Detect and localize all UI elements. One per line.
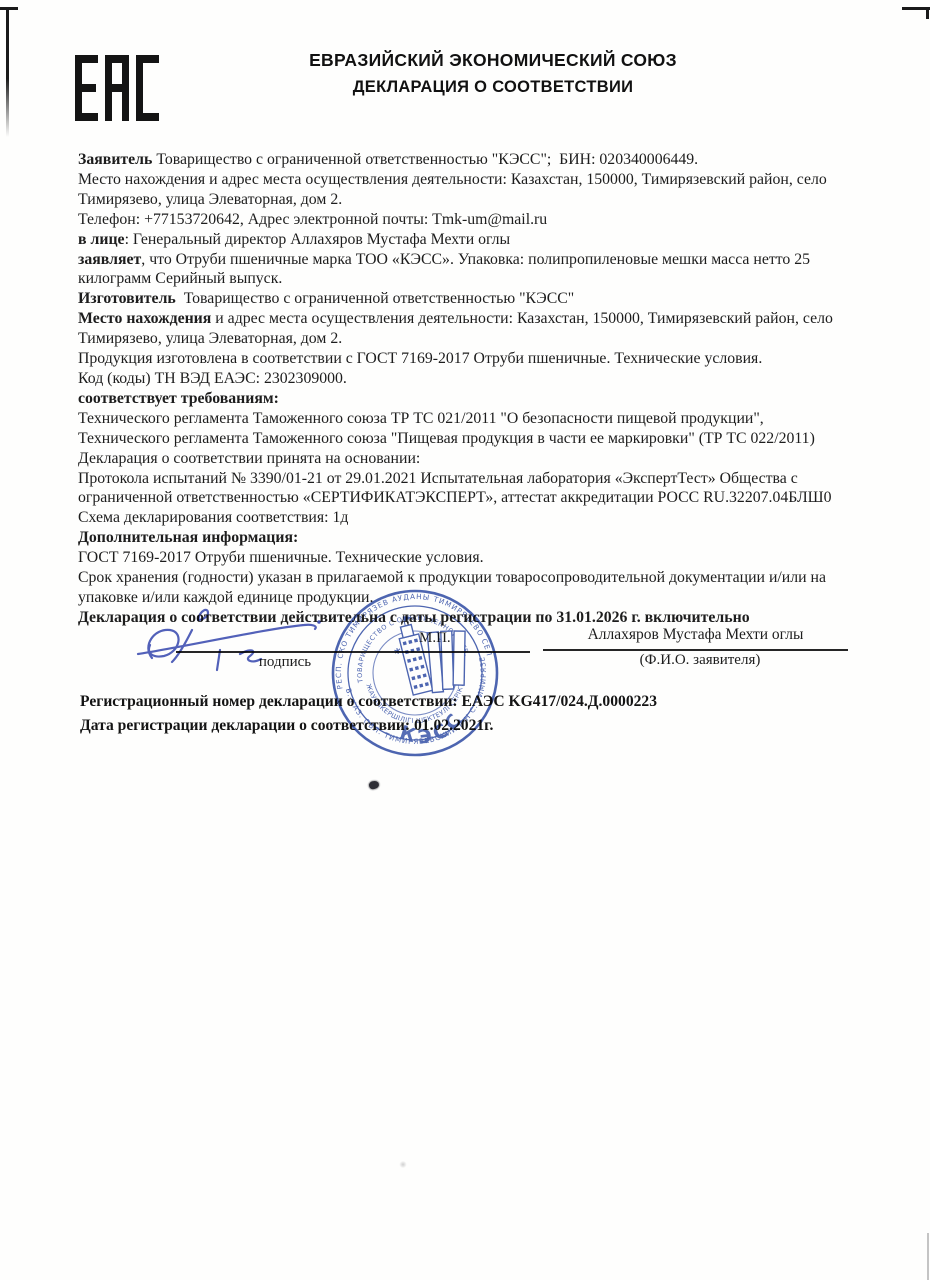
text-line: Заявитель Товарищество с ограниченной от… <box>78 150 873 170</box>
text-line: Технического регламента Таможенного союз… <box>78 429 873 449</box>
text-line: Тимирязево, улица Элеваторная, дом 2. <box>78 329 873 349</box>
text-line: ГОСТ 7169-2017 Отруби пшеничные. Техниче… <box>78 548 873 568</box>
document-title: ДЕКЛАРАЦИЯ О СООТВЕТСТВИИ <box>200 78 786 97</box>
text-line: Дополнительная информация: <box>78 528 873 548</box>
text-line: Декларация о соответствии принята на осн… <box>78 449 873 469</box>
applicant-name-caption: (Ф.И.О. заявителя) <box>560 652 840 669</box>
handwritten-signature <box>118 598 338 688</box>
text-line: Схема декларирования соответствия: 1д <box>78 508 873 528</box>
eac-logo <box>75 55 159 121</box>
text-line: Место нахождения и адрес места осуществл… <box>78 170 873 190</box>
text-line: ограниченной ответственностью «СЕРТИФИКА… <box>78 488 873 508</box>
text-line: Протокола испытаний № 3390/01-21 от 29.0… <box>78 469 873 489</box>
text-line: Телефон: +77153720642, Адрес электронной… <box>78 210 873 230</box>
text-line: заявляет, что Отруби пшеничные марка ТОО… <box>78 250 873 270</box>
document-header: ЕВРАЗИЙСКИЙ ЭКОНОМИЧЕСКИЙ СОЮЗ ДЕКЛАРАЦИ… <box>200 50 786 97</box>
scan-edge-line-bottom-right <box>927 1233 929 1280</box>
stamp-crescent-icon <box>378 661 402 688</box>
scan-edge-line-left <box>6 7 9 137</box>
applicant-name: Аллахяров Мустафа Мехти оглы <box>543 626 848 644</box>
text-line: Тимирязево, улица Элеваторная, дом 2. <box>78 190 873 210</box>
scan-smudge <box>399 1161 407 1168</box>
union-title: ЕВРАЗИЙСКИЙ ЭКОНОМИЧЕСКИЙ СОЮЗ <box>200 50 786 71</box>
scan-corner-tick-top-right <box>926 7 929 19</box>
text-line: Код (коды) ТН ВЭД ЕАЭС: 2302309000. <box>78 369 873 389</box>
text-line: килограмм Серийный выпуск. <box>78 269 873 289</box>
text-line: Технического регламента Таможенного союз… <box>78 409 873 429</box>
scan-corner-mark-top-left <box>0 7 18 10</box>
text-line: в лице: Генеральный директор Аллахяров М… <box>78 230 873 250</box>
text-line: Продукция изготовлена в соответствии с Г… <box>78 349 873 369</box>
text-line: соответствует требованиям: <box>78 389 873 409</box>
applicant-name-line <box>543 649 848 651</box>
declaration-text: Заявитель Товарищество с ограниченной от… <box>78 150 873 628</box>
scanned-declaration-page: ЕВРАЗИЙСКИЙ ЭКОНОМИЧЕСКИЙ СОЮЗ ДЕКЛАРАЦИ… <box>0 0 930 1280</box>
text-line: Изготовитель Товарищество с ограниченной… <box>78 289 873 309</box>
text-line: Место нахождения и адрес места осуществл… <box>78 309 873 329</box>
ink-speck <box>368 780 380 790</box>
